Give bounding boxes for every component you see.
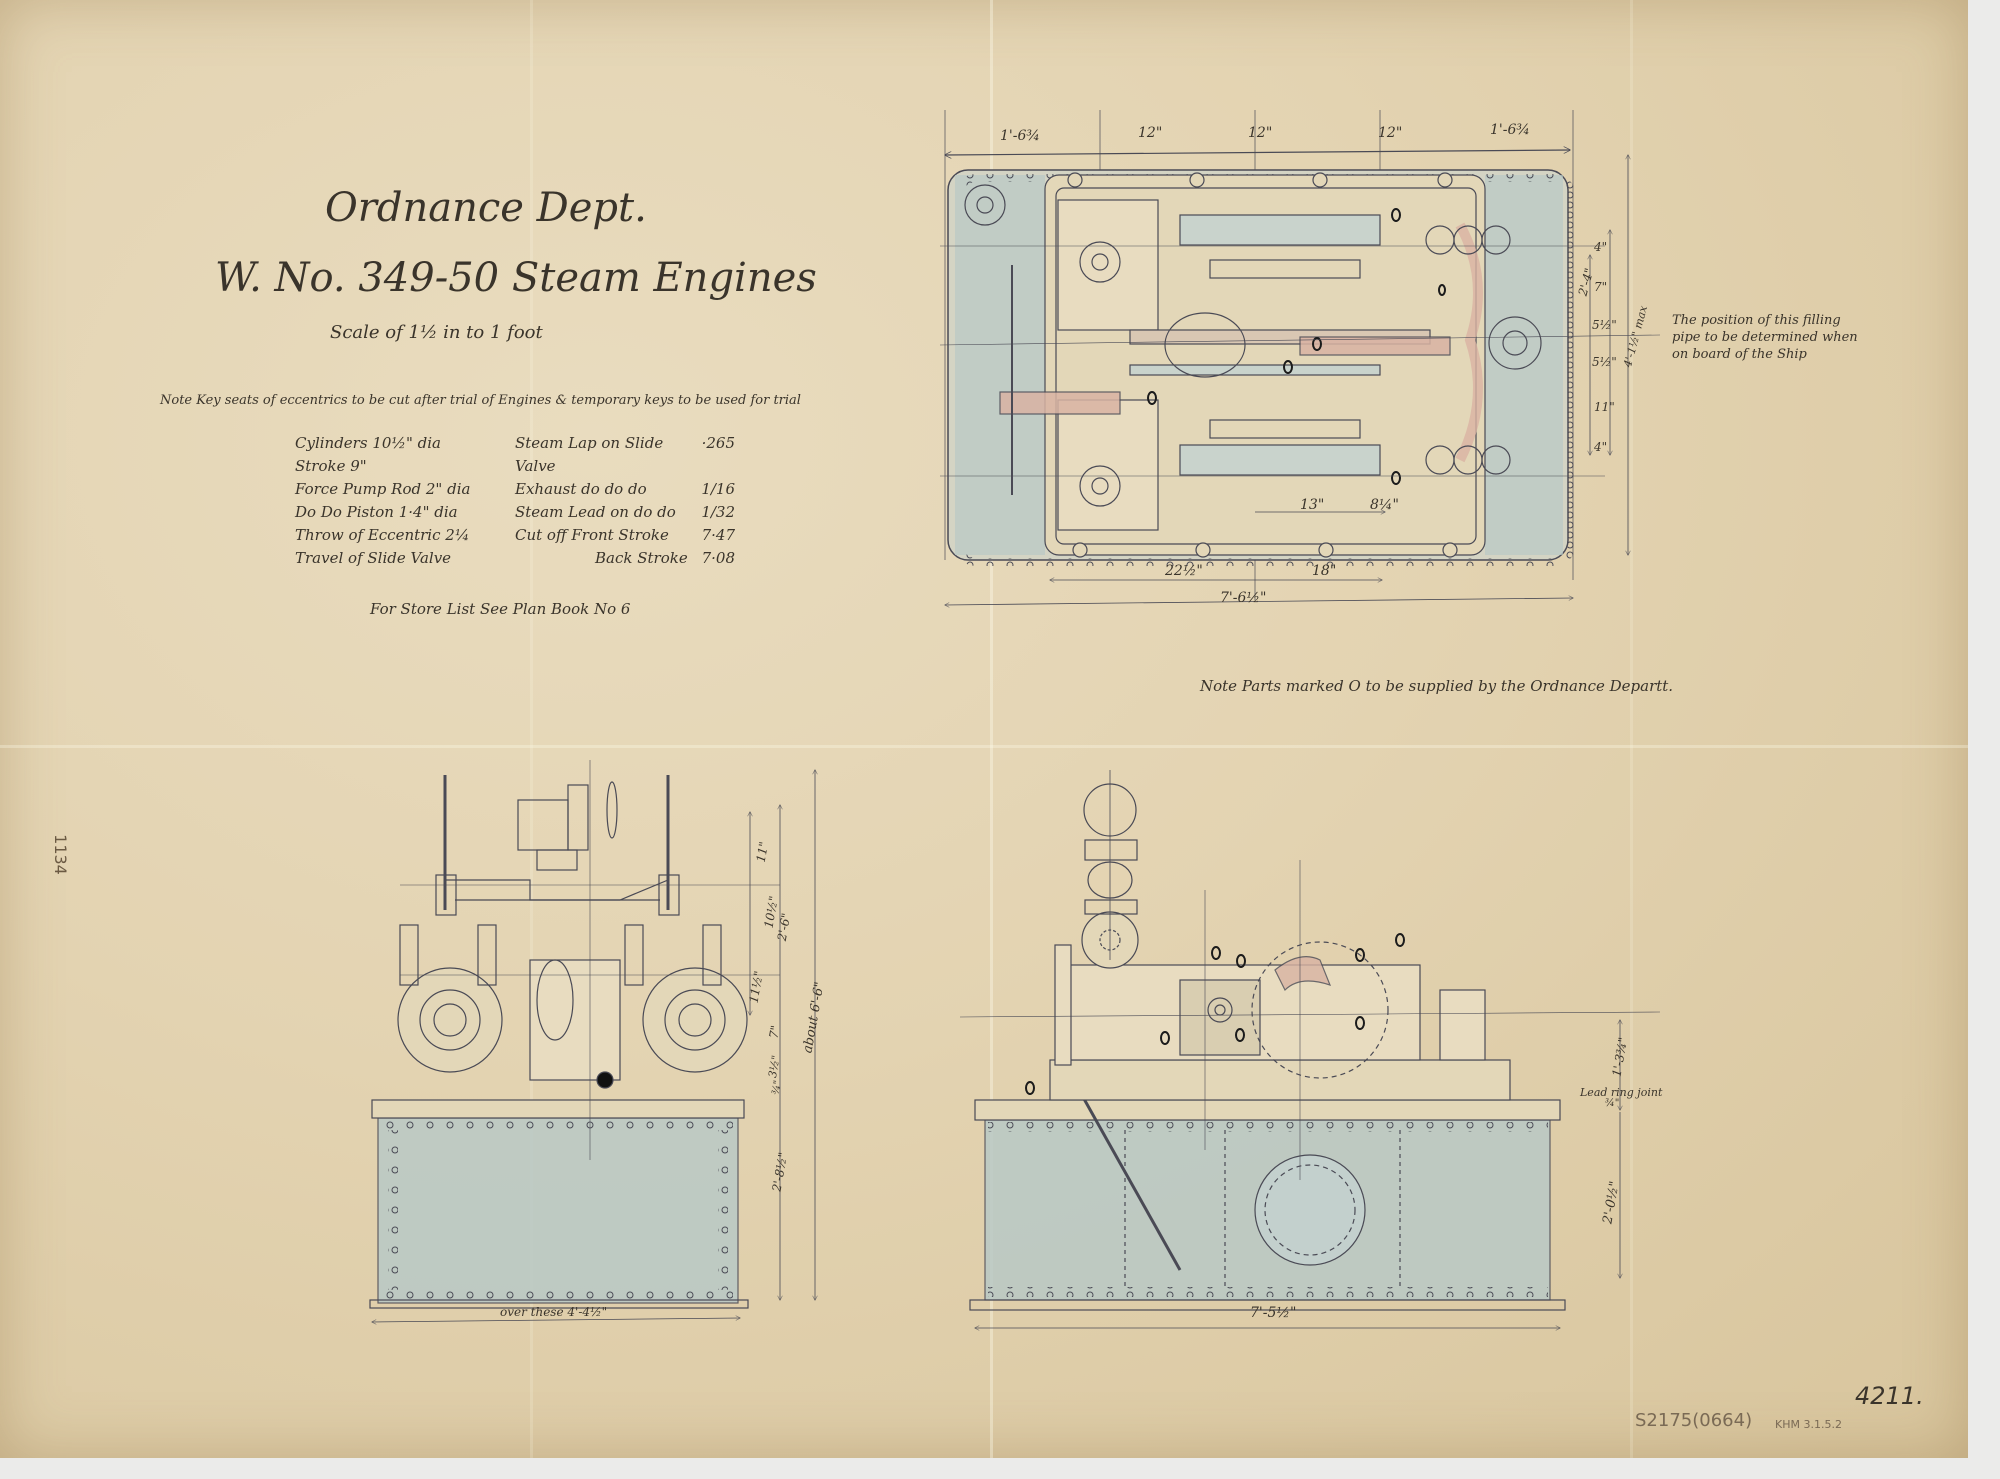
title-engine-number: W. No. 349-50 Steam Engines <box>215 255 817 301</box>
plan-view <box>940 110 1660 605</box>
dim-label: 12" <box>1378 125 1402 141</box>
end-elevation <box>370 760 815 1322</box>
note-eccentric-keys: Note Key seats of eccentrics to be cut a… <box>160 393 801 408</box>
spec-row: Steam Lap on Slide Valve·265 <box>515 432 735 478</box>
dim-label: 12" <box>1138 125 1162 141</box>
dim-label: 7'-5½" <box>1250 1305 1296 1321</box>
dim-label: 1'-6¾ <box>1490 122 1530 138</box>
spec-row: Back Stroke7·08 <box>515 547 735 570</box>
spec-value: ·265 <box>702 432 735 478</box>
store-list-reference: For Store List See Plan Book No 6 <box>370 600 630 618</box>
dim-label: 13" <box>1300 497 1324 513</box>
engineering-drawings <box>0 0 2000 1479</box>
drawing-scale: Scale of 1½ in to 1 foot <box>330 322 543 343</box>
dim-label: 12" <box>1248 125 1272 141</box>
dim-label: 7" <box>767 1024 783 1039</box>
dim-label: 22½" <box>1165 563 1203 579</box>
spec-item: Cylinders 10½" dia <box>295 432 470 455</box>
spec-row: Steam Lead on do do1/32 <box>515 501 735 524</box>
dim-label: 8¼" <box>1370 497 1399 513</box>
dim-label: 11" <box>1594 400 1615 414</box>
dim-label: 18" <box>1312 563 1336 579</box>
dim-label: 1'-6¾ <box>1000 128 1040 144</box>
note-filling-pipe: The position of this filling pipe to be … <box>1672 312 1858 363</box>
dim-label: 5½" <box>1592 318 1617 332</box>
spec-value: 7·47 <box>702 524 735 547</box>
archive-margin-number: 1134 <box>51 834 70 875</box>
lead-joint-label: Lead ring joint <box>1580 1086 1662 1099</box>
spec-label: Steam Lead on do do <box>515 501 676 524</box>
spec-label: Back Stroke <box>595 547 688 570</box>
spec-item: Stroke 9" <box>295 455 470 478</box>
archive-reference: S2175(0664) <box>1635 1410 1752 1431</box>
dim-label: 5½" <box>1592 355 1617 369</box>
spec-item: Do Do Piston 1·4" dia <box>295 501 470 524</box>
spec-item: Throw of Eccentric 2¼ <box>295 524 470 547</box>
dim-label: 4" <box>1594 440 1607 454</box>
spec-item: Force Pump Rod 2" dia <box>295 478 470 501</box>
specs-right-list: Steam Lap on Slide Valve·265 Exhaust do … <box>515 432 735 570</box>
note-ordnance-parts: Note Parts marked O to be supplied by th… <box>1200 677 1673 695</box>
spec-row: Exhaust do do do1/16 <box>515 478 735 501</box>
specs-left-list: Cylinders 10½" dia Stroke 9" Force Pump … <box>295 432 470 570</box>
spec-item: Travel of Slide Valve <box>295 547 470 570</box>
spec-row: Cut off Front Stroke7·47 <box>515 524 735 547</box>
dim-label: over these 4'-4½" <box>500 1305 607 1319</box>
side-elevation <box>960 770 1660 1328</box>
archive-reference-code: KHM 3.1.5.2 <box>1775 1418 1842 1431</box>
spec-label: Steam Lap on Slide Valve <box>515 432 702 478</box>
spec-label: Exhaust do do do <box>515 478 647 501</box>
dim-label: 7'-6½" <box>1220 590 1266 606</box>
spec-label: Cut off Front Stroke <box>515 524 669 547</box>
spec-value: 7·08 <box>702 547 735 570</box>
spec-value: 1/16 <box>701 478 735 501</box>
dim-label: 7" <box>1594 280 1607 294</box>
sheet-number: 4211. <box>1855 1382 1924 1410</box>
dim-label: ¾" <box>1605 1098 1619 1109</box>
spec-value: 1/32 <box>701 501 735 524</box>
title-department: Ordnance Dept. <box>325 185 647 231</box>
dim-label: 4" <box>1594 240 1607 254</box>
